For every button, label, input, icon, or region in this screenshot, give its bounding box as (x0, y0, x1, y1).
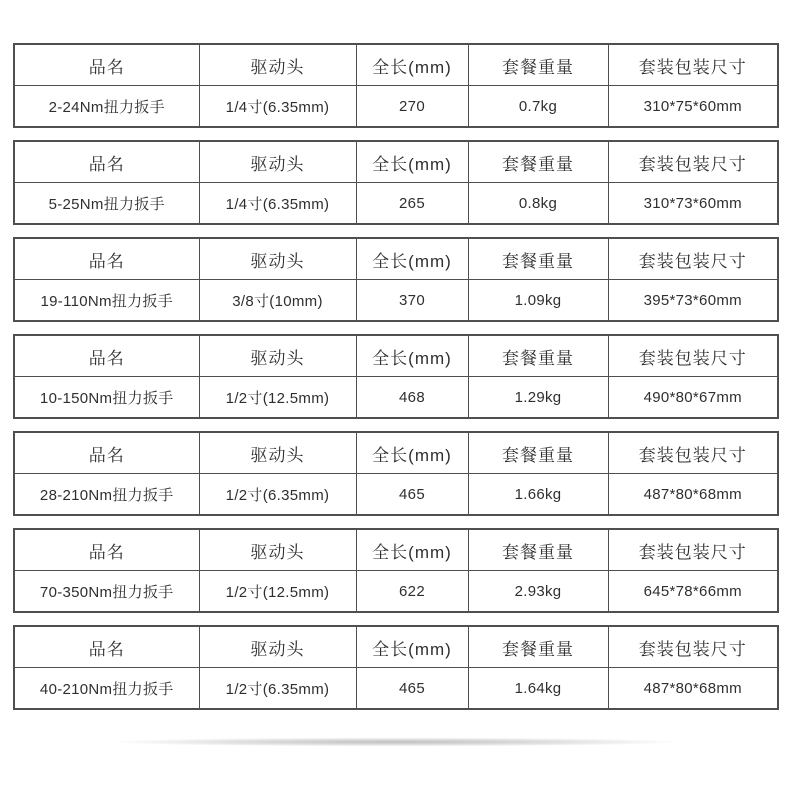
spec-table-1: 品名 驱动头 全长(mm) 套餐重量 套装包装尺寸 2-24Nm扭力扳手 1/4… (13, 43, 779, 128)
col-header-package-size: 套装包装尺寸 (608, 141, 778, 183)
table-row: 28-210Nm扭力扳手 1/2寸(6.35mm) 465 1.66kg 487… (14, 474, 778, 516)
spec-table-7: 品名 驱动头 全长(mm) 套餐重量 套装包装尺寸 40-210Nm扭力扳手 1… (13, 625, 779, 710)
col-header-total-length: 全长(mm) (356, 44, 468, 86)
cell-product-name: 2-24Nm扭力扳手 (14, 86, 199, 128)
cell-package-size: 645*78*66mm (608, 571, 778, 613)
cell-drive-head: 3/8寸(10mm) (199, 280, 356, 322)
col-header-product-name: 品名 (14, 432, 199, 474)
col-header-package-size: 套装包装尺寸 (608, 529, 778, 571)
col-header-total-length: 全长(mm) (356, 432, 468, 474)
col-header-total-length: 全长(mm) (356, 626, 468, 668)
spec-table-6: 品名 驱动头 全长(mm) 套餐重量 套装包装尺寸 70-350Nm扭力扳手 1… (13, 528, 779, 613)
cell-product-name: 40-210Nm扭力扳手 (14, 668, 199, 710)
col-header-product-name: 品名 (14, 335, 199, 377)
col-header-drive-head: 驱动头 (199, 529, 356, 571)
col-header-package-size: 套装包装尺寸 (608, 238, 778, 280)
spec-table-3: 品名 驱动头 全长(mm) 套餐重量 套装包装尺寸 19-110Nm扭力扳手 3… (13, 237, 779, 322)
cell-product-name: 19-110Nm扭力扳手 (14, 280, 199, 322)
col-header-package-size: 套装包装尺寸 (608, 432, 778, 474)
cell-total-length: 468 (356, 377, 468, 419)
cell-package-size: 487*80*68mm (608, 668, 778, 710)
page-bottom-shadow (15, 736, 775, 748)
col-header-total-length: 全长(mm) (356, 141, 468, 183)
cell-drive-head: 1/4寸(6.35mm) (199, 183, 356, 225)
table-row: 40-210Nm扭力扳手 1/2寸(6.35mm) 465 1.64kg 487… (14, 668, 778, 710)
cell-package-size: 395*73*60mm (608, 280, 778, 322)
spec-table-5: 品名 驱动头 全长(mm) 套餐重量 套装包装尺寸 28-210Nm扭力扳手 1… (13, 431, 779, 516)
col-header-set-weight: 套餐重量 (468, 626, 608, 668)
cell-product-name: 5-25Nm扭力扳手 (14, 183, 199, 225)
table-row: 70-350Nm扭力扳手 1/2寸(12.5mm) 622 2.93kg 645… (14, 571, 778, 613)
cell-drive-head: 1/2寸(6.35mm) (199, 474, 356, 516)
cell-package-size: 487*80*68mm (608, 474, 778, 516)
table-row: 2-24Nm扭力扳手 1/4寸(6.35mm) 270 0.7kg 310*75… (14, 86, 778, 128)
col-header-product-name: 品名 (14, 238, 199, 280)
cell-total-length: 265 (356, 183, 468, 225)
cell-total-length: 370 (356, 280, 468, 322)
col-header-set-weight: 套餐重量 (468, 529, 608, 571)
cell-set-weight: 1.66kg (468, 474, 608, 516)
col-header-drive-head: 驱动头 (199, 335, 356, 377)
cell-total-length: 622 (356, 571, 468, 613)
table-row: 5-25Nm扭力扳手 1/4寸(6.35mm) 265 0.8kg 310*73… (14, 183, 778, 225)
cell-drive-head: 1/2寸(12.5mm) (199, 377, 356, 419)
cell-package-size: 490*80*67mm (608, 377, 778, 419)
col-header-drive-head: 驱动头 (199, 44, 356, 86)
cell-set-weight: 0.8kg (468, 183, 608, 225)
col-header-set-weight: 套餐重量 (468, 141, 608, 183)
cell-set-weight: 1.09kg (468, 280, 608, 322)
cell-set-weight: 1.29kg (468, 377, 608, 419)
cell-package-size: 310*73*60mm (608, 183, 778, 225)
header-row: 品名 驱动头 全长(mm) 套餐重量 套装包装尺寸 (14, 141, 778, 183)
cell-product-name: 70-350Nm扭力扳手 (14, 571, 199, 613)
cell-set-weight: 1.64kg (468, 668, 608, 710)
col-header-set-weight: 套餐重量 (468, 335, 608, 377)
cell-product-name: 28-210Nm扭力扳手 (14, 474, 199, 516)
cell-total-length: 465 (356, 668, 468, 710)
col-header-total-length: 全长(mm) (356, 529, 468, 571)
col-header-product-name: 品名 (14, 626, 199, 668)
col-header-set-weight: 套餐重量 (468, 44, 608, 86)
col-header-product-name: 品名 (14, 529, 199, 571)
cell-set-weight: 2.93kg (468, 571, 608, 613)
header-row: 品名 驱动头 全长(mm) 套餐重量 套装包装尺寸 (14, 432, 778, 474)
header-row: 品名 驱动头 全长(mm) 套餐重量 套装包装尺寸 (14, 626, 778, 668)
col-header-total-length: 全长(mm) (356, 335, 468, 377)
header-row: 品名 驱动头 全长(mm) 套餐重量 套装包装尺寸 (14, 238, 778, 280)
header-row: 品名 驱动头 全长(mm) 套餐重量 套装包装尺寸 (14, 529, 778, 571)
col-header-drive-head: 驱动头 (199, 432, 356, 474)
header-row: 品名 驱动头 全长(mm) 套餐重量 套装包装尺寸 (14, 44, 778, 86)
col-header-package-size: 套装包装尺寸 (608, 44, 778, 86)
product-spec-sheet: 品名 驱动头 全长(mm) 套餐重量 套装包装尺寸 2-24Nm扭力扳手 1/4… (0, 0, 790, 790)
col-header-package-size: 套装包装尺寸 (608, 626, 778, 668)
spec-table-2: 品名 驱动头 全长(mm) 套餐重量 套装包装尺寸 5-25Nm扭力扳手 1/4… (13, 140, 779, 225)
col-header-drive-head: 驱动头 (199, 238, 356, 280)
cell-set-weight: 0.7kg (468, 86, 608, 128)
col-header-product-name: 品名 (14, 44, 199, 86)
spec-table-4: 品名 驱动头 全长(mm) 套餐重量 套装包装尺寸 10-150Nm扭力扳手 1… (13, 334, 779, 419)
cell-product-name: 10-150Nm扭力扳手 (14, 377, 199, 419)
table-row: 10-150Nm扭力扳手 1/2寸(12.5mm) 468 1.29kg 490… (14, 377, 778, 419)
col-header-drive-head: 驱动头 (199, 626, 356, 668)
cell-drive-head: 1/2寸(12.5mm) (199, 571, 356, 613)
col-header-set-weight: 套餐重量 (468, 432, 608, 474)
col-header-package-size: 套装包装尺寸 (608, 335, 778, 377)
col-header-total-length: 全长(mm) (356, 238, 468, 280)
col-header-drive-head: 驱动头 (199, 141, 356, 183)
col-header-set-weight: 套餐重量 (468, 238, 608, 280)
header-row: 品名 驱动头 全长(mm) 套餐重量 套装包装尺寸 (14, 335, 778, 377)
cell-total-length: 465 (356, 474, 468, 516)
cell-total-length: 270 (356, 86, 468, 128)
cell-drive-head: 1/4寸(6.35mm) (199, 86, 356, 128)
col-header-product-name: 品名 (14, 141, 199, 183)
cell-package-size: 310*75*60mm (608, 86, 778, 128)
table-row: 19-110Nm扭力扳手 3/8寸(10mm) 370 1.09kg 395*7… (14, 280, 778, 322)
cell-drive-head: 1/2寸(6.35mm) (199, 668, 356, 710)
